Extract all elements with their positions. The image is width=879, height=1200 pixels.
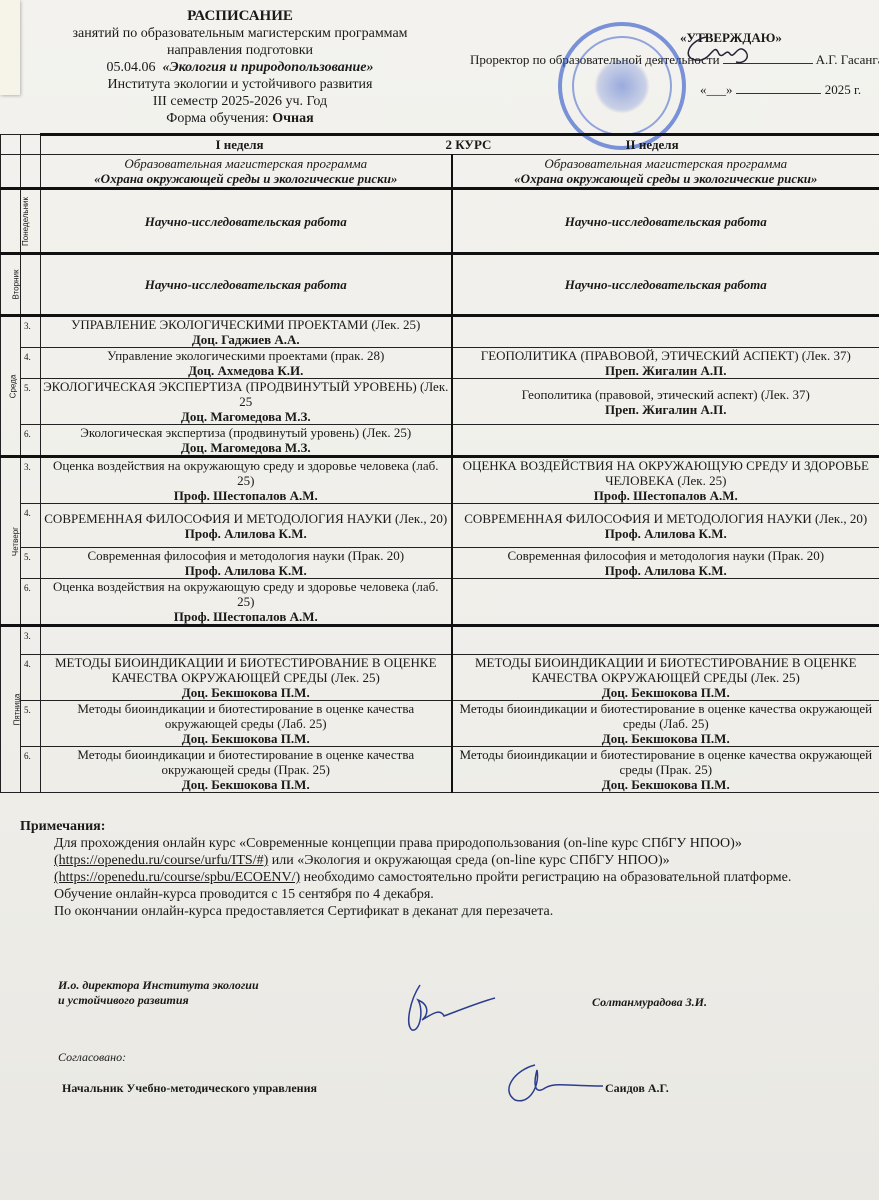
schedule-row: 6.Экологическая экспертиза (продвинутый …	[1, 425, 879, 457]
lesson-cell-week-2: Научно-исследовательская работа	[452, 254, 879, 316]
subject-name: Методы биоиндикации и биотестирование в …	[43, 701, 449, 731]
lesson-number: 4.	[21, 348, 41, 379]
teacher-name: Проф. Шестопалов А.М.	[455, 488, 878, 503]
teacher-name: Проф. Алилова К.М.	[455, 563, 878, 578]
lesson-cell-week-1: Методы биоиндикации и биотестирование в …	[41, 747, 452, 793]
week-1-label: I неделя	[216, 137, 264, 152]
subject-name: Управление экологическими проектами (пра…	[43, 348, 449, 363]
lesson-cell-week-2: ОЦЕНКА ВОЗДЕЙСТВИЯ НА ОКРУЖАЮЩУЮ СРЕДУ И…	[452, 457, 879, 504]
subject-name: Методы биоиндикации и биотестирование в …	[455, 701, 878, 731]
schedule-row: 6.Методы биоиндикации и биотестирование …	[1, 747, 879, 793]
subject-name: Современная философия и методология наук…	[43, 548, 449, 563]
day-label-1: Понедельник	[1, 189, 21, 254]
lesson-number: 3.	[21, 626, 41, 655]
schedule-row: 5.Современная философия и методология на…	[1, 548, 879, 579]
lesson-number: 3.	[21, 457, 41, 504]
note-dates: Обучение онлайн-курса проводится с 15 се…	[54, 886, 860, 903]
subject-name: ГЕОПОЛИТИКА (ПРАВОВОЙ, ЭТИЧЕСКИЙ АСПЕКТ)…	[455, 348, 878, 363]
doc-title: РАСПИСАНИЕ	[40, 8, 440, 25]
subject-name: Оценка воздействия на окружающую среду и…	[43, 458, 449, 488]
subject-name: ЭКОЛОГИЧЕСКАЯ ЭКСПЕРТИЗА (ПРОДВИНУТЫЙ УР…	[43, 379, 449, 409]
schedule-row: 4.СОВРЕМЕННАЯ ФИЛОСОФИЯ И МЕТОДОЛОГИЯ НА…	[1, 504, 879, 548]
schedule-row: 5.Методы биоиндикации и биотестирование …	[1, 701, 879, 747]
subject-name: СОВРЕМЕННАЯ ФИЛОСОФИЯ И МЕТОДОЛОГИЯ НАУК…	[455, 511, 878, 526]
head-title: Начальник Учебно-методического управлени…	[62, 1081, 317, 1096]
note-certificate: По окончании онлайн-курса предоставляетс…	[54, 903, 860, 920]
notes-heading: Примечания:	[20, 818, 860, 835]
lesson-number: 3.	[21, 316, 41, 348]
lesson-cell-week-1: Управление экологическими проектами (пра…	[41, 348, 452, 379]
lesson-cell-week-2	[452, 579, 879, 626]
course-label: 2 КУРС	[446, 137, 492, 152]
subject-name: Экологическая экспертиза (продвинутый ур…	[43, 425, 449, 440]
note-online-courses: Для прохождения онлайн курс «Современные…	[54, 835, 860, 886]
director-name: Солтанмурадова З.И.	[592, 995, 707, 1010]
lesson-cell-week-1: Оценка воздействия на окружающую среду и…	[41, 457, 452, 504]
lesson-cell-week-2: Современная философия и методология наук…	[452, 548, 879, 579]
teacher-name: Проф. Алилова К.М.	[43, 526, 449, 541]
teacher-name: Доц. Магомедова М.З.	[43, 440, 449, 455]
subject-name: Геополитика (правовой, этический аспект)…	[455, 387, 878, 402]
schedule-table: I неделя2 КУРСII неделяОбразовательная м…	[0, 133, 879, 793]
lesson-cell-week-1: Научно-исследовательская работа	[41, 189, 452, 254]
lesson-cell-week-2	[452, 425, 879, 457]
lesson-cell-week-1: ЭКОЛОГИЧЕСКАЯ ЭКСПЕРТИЗА (ПРОДВИНУТЫЙ УР…	[41, 379, 452, 425]
lesson-cell-week-1: УПРАВЛЕНИЕ ЭКОЛОГИЧЕСКИМИ ПРОЕКТАМИ (Лек…	[41, 316, 452, 348]
program-header-row: Образовательная магистерская программа«О…	[1, 155, 879, 189]
lesson-number: 6.	[21, 425, 41, 457]
schedule-row: 6.Оценка воздействия на окружающую среду…	[1, 579, 879, 626]
schedule-row: 5.ЭКОЛОГИЧЕСКАЯ ЭКСПЕРТИЗА (ПРОДВИНУТЫЙ …	[1, 379, 879, 425]
lesson-cell-week-2: Методы биоиндикации и биотестирование в …	[452, 701, 879, 747]
program-header-week-2: Образовательная магистерская программа«О…	[452, 155, 879, 189]
lesson-cell-week-2: Научно-исследовательская работа	[452, 189, 879, 254]
corner-cell	[21, 155, 41, 189]
lesson-number: 6.	[21, 579, 41, 626]
teacher-name: Доц. Бекшокова П.М.	[43, 777, 449, 792]
day-label-3: Среда	[1, 316, 21, 457]
week-2-label: II неделя	[626, 137, 679, 152]
schedule-row: ВторникНаучно-исследовательская работаНа…	[1, 254, 879, 316]
teacher-name: Доц. Гаджиев А.А.	[43, 332, 449, 347]
teacher-name: Доц. Ахмедова К.И.	[43, 363, 449, 378]
header-institute: Института экологии и устойчивого развити…	[40, 76, 440, 93]
subject-name: Оценка воздействия на окружающую среду и…	[43, 579, 449, 609]
form-value: Очная	[272, 111, 313, 126]
approver-name: А.Г. Гасангаджиева	[816, 52, 879, 67]
subject-name: ОЦЕНКА ВОЗДЕЙСТВИЯ НА ОКРУЖАЮЩУЮ СРЕДУ И…	[455, 458, 878, 488]
subject-name: МЕТОДЫ БИОИНДИКАЦИИ И БИОТЕСТИРОВАНИЕ В …	[455, 655, 878, 685]
weeks-header: I неделя2 КУРСII неделя	[41, 135, 879, 155]
lesson-cell-week-1: Оценка воздействия на окружающую среду и…	[41, 579, 452, 626]
course-link-ecoenv[interactable]: (https://openedu.ru/course/spbu/ECOENV/)	[54, 870, 300, 885]
teacher-name: Преп. Жигалин А.П.	[455, 363, 878, 378]
approval-year: 2025 г.	[825, 82, 861, 97]
lesson-cell-week-2: Методы биоиндикации и биотестирование в …	[452, 747, 879, 793]
official-stamp-icon	[558, 22, 686, 150]
lesson-cell-week-1: Методы биоиндикации и биотестирование в …	[41, 701, 452, 747]
header-form: Форма обучения: Очная	[40, 110, 440, 127]
notes-section: Примечания: Для прохождения онлайн курс …	[20, 818, 860, 920]
teacher-name: Доц. Бекшокова П.М.	[455, 731, 878, 746]
lesson-number: 4.	[21, 504, 41, 548]
document-header: РАСПИСАНИЕ занятий по образовательным ма…	[40, 8, 440, 127]
subject-name: Методы биоиндикации и биотестирование в …	[455, 747, 878, 777]
schedule-row: 4.МЕТОДЫ БИОИНДИКАЦИИ И БИОТЕСТИРОВАНИЕ …	[1, 655, 879, 701]
teacher-name: Преп. Жигалин А.П.	[455, 402, 878, 417]
schedule-row: Пятница3.	[1, 626, 879, 655]
program-header-week-1: Образовательная магистерская программа«О…	[41, 155, 452, 189]
day-label-4: Четверг	[1, 457, 21, 626]
schedule-row: Среда3.УПРАВЛЕНИЕ ЭКОЛОГИЧЕСКИМИ ПРОЕКТА…	[1, 316, 879, 348]
lesson-cell-week-1: Экологическая экспертиза (продвинутый ур…	[41, 425, 452, 457]
sticky-note	[0, 0, 20, 95]
lesson-number: 5.	[21, 548, 41, 579]
director-title: И.о. директора Института экологии и усто…	[58, 978, 259, 1008]
director-signature-icon	[400, 980, 500, 1040]
teacher-name: Доц. Бекшокова П.М.	[455, 685, 878, 700]
lesson-cell-week-1: Научно-исследовательская работа	[41, 254, 452, 316]
subject-name: Современная философия и методология наук…	[455, 548, 878, 563]
lesson-cell-week-1	[41, 626, 452, 655]
header-semester: III семестр 2025-2026 уч. Год	[40, 93, 440, 110]
header-line-1: занятий по образовательным магистерским …	[40, 25, 440, 42]
head-name: Саидов А.Г.	[605, 1081, 669, 1096]
subject-name: Методы биоиндикации и биотестирование в …	[43, 747, 449, 777]
teacher-name: Доц. Бекшокова П.М.	[43, 731, 449, 746]
teacher-name: Проф. Алилова К.М.	[43, 563, 449, 578]
lesson-number: 5.	[21, 379, 41, 425]
week-header-row: I неделя2 КУРСII неделя	[1, 135, 879, 155]
lesson-cell-week-2: МЕТОДЫ БИОИНДИКАЦИИ И БИОТЕСТИРОВАНИЕ В …	[452, 655, 879, 701]
document-page: РАСПИСАНИЕ занятий по образовательным ма…	[0, 0, 879, 1200]
teacher-name: Доц. Бекшокова П.М.	[43, 685, 449, 700]
program-name: «Экология и природопользование»	[162, 60, 373, 75]
lesson-cell-week-2	[452, 626, 879, 655]
teacher-name: Доц. Бекшокова П.М.	[455, 777, 878, 792]
lesson-cell-week-2: СОВРЕМЕННАЯ ФИЛОСОФИЯ И МЕТОДОЛОГИЯ НАУК…	[452, 504, 879, 548]
corner-cell	[21, 135, 41, 155]
lesson-cell-week-1: МЕТОДЫ БИОИНДИКАЦИИ И БИОТЕСТИРОВАНИЕ В …	[41, 655, 452, 701]
header-line-2: направления подготовки	[40, 42, 440, 59]
lesson-cell-week-2: ГЕОПОЛИТИКА (ПРАВОВОЙ, ЭТИЧЕСКИЙ АСПЕКТ)…	[452, 348, 879, 379]
agreed-label: Согласовано:	[58, 1050, 126, 1065]
program-code: 05.04.06	[106, 60, 155, 75]
lesson-number	[21, 254, 41, 316]
head-signature-icon	[495, 1060, 605, 1105]
corner-cell	[1, 155, 21, 189]
schedule-row: Четверг3.Оценка воздействия на окружающу…	[1, 457, 879, 504]
day-label-2: Вторник	[1, 254, 21, 316]
teacher-name: Проф. Шестопалов А.М.	[43, 609, 449, 624]
teacher-name: Проф. Алилова К.М.	[455, 526, 878, 541]
teacher-name: Проф. Шестопалов А.М.	[43, 488, 449, 503]
schedule-row: ПонедельникНаучно-исследовательская рабо…	[1, 189, 879, 254]
subject-name: СОВРЕМЕННАЯ ФИЛОСОФИЯ И МЕТОДОЛОГИЯ НАУК…	[43, 511, 449, 526]
signature-icon	[676, 32, 756, 72]
lesson-cell-week-2	[452, 316, 879, 348]
header-program: 05.04.06 «Экология и природопользование»	[40, 59, 440, 76]
lesson-cell-week-2: Геополитика (правовой, этический аспект)…	[452, 379, 879, 425]
lesson-cell-week-1: Современная философия и методология наук…	[41, 548, 452, 579]
day-label-5: Пятница	[1, 626, 21, 793]
teacher-name: Доц. Магомедова М.З.	[43, 409, 449, 424]
subject-name: УПРАВЛЕНИЕ ЭКОЛОГИЧЕСКИМИ ПРОЕКТАМИ (Лек…	[43, 317, 449, 332]
corner-cell	[1, 135, 21, 155]
schedule-row: 4.Управление экологическими проектами (п…	[1, 348, 879, 379]
lesson-number: 6.	[21, 747, 41, 793]
lesson-cell-week-1: СОВРЕМЕННАЯ ФИЛОСОФИЯ И МЕТОДОЛОГИЯ НАУК…	[41, 504, 452, 548]
subject-name: МЕТОДЫ БИОИНДИКАЦИИ И БИОТЕСТИРОВАНИЕ В …	[43, 655, 449, 685]
course-link-its[interactable]: (https://openedu.ru/course/urfu/ITS/#)	[54, 853, 268, 868]
